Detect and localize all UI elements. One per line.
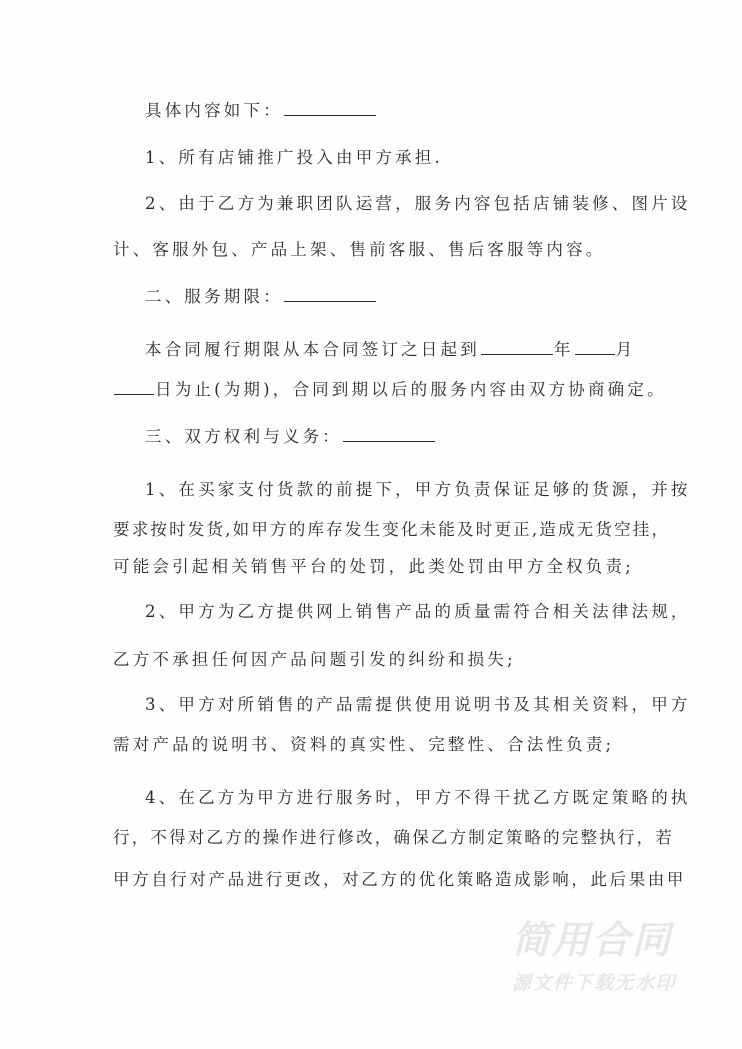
line-text: 1、在买家支付货款的前提下，甲方负责保证足够的货源，并按 [145, 480, 691, 499]
month-label: 月 [616, 340, 636, 359]
line-text: 计、客服外包、产品上架、售前客服、售后客服等内容。 [113, 240, 606, 259]
obligation-4-line-3: 甲方自行对产品进行更改，对乙方的优化策略造成影响，此后果由甲 [113, 868, 683, 892]
obligation-3-line-2: 需对产品的说明书、资料的真实性、完整性、合法性负责; [113, 733, 683, 757]
line-text: 3、甲方对所销售的产品需提供使用说明书及其相关资料，甲方 [145, 695, 691, 714]
line-text: 行，不得对乙方的操作进行修改，确保乙方制定策略的完整执行，若 [113, 828, 674, 847]
obligation-2-line-1: 2、甲方为乙方提供网上销售产品的质量需符合相关法律法规， [145, 600, 715, 624]
clause-2-line-2: 计、客服外包、产品上架、售前客服、售后客服等内容。 [113, 238, 683, 262]
section-heading-service-term: 二、服务期限： [145, 285, 715, 309]
obligation-2-line-2: 乙方不承担任何因产品问题引发的纠纷和损失; [113, 648, 683, 672]
year-label: 年 [554, 340, 574, 359]
line-text: 需对产品的说明书、资料的真实性、完整性、合法性负责; [113, 735, 614, 754]
obligation-1-line-3: 可能会引起相关销售平台的处罚，此类处罚由甲方全权负责; [113, 555, 683, 579]
line-text: 2、由于乙方为兼职团队运营，服务内容包括店铺装修、图片设 [145, 194, 691, 213]
line-text: 具体内容如下： [145, 101, 283, 120]
line-text: 要求按时发货,如甲方的库存发生变化未能及时更正,造成无货空挂， [113, 520, 670, 539]
watermark: 简用合同 源文件下载无水印 [512, 918, 702, 996]
line-text: 可能会引起相关销售平台的处罚，此类处罚由甲方全权负责; [113, 557, 634, 576]
fill-in-blank[interactable] [343, 426, 435, 442]
watermark-subtitle: 源文件下载无水印 [512, 970, 702, 996]
obligation-4-line-1: 4、在乙方为甲方进行服务时，甲方不得干扰乙方既定策略的执 [145, 786, 715, 810]
line-text: 4、在乙方为甲方进行服务时，甲方不得干扰乙方既定策略的执 [145, 788, 691, 807]
month-blank[interactable] [575, 339, 615, 355]
section-intro-line: 具体内容如下： [145, 99, 715, 123]
fill-in-blank[interactable] [284, 286, 376, 302]
section-heading-rights-obligations: 三、双方权利与义务： [145, 425, 715, 449]
year-blank[interactable] [481, 339, 553, 355]
day-blank[interactable] [114, 379, 154, 395]
line-text: 乙方不承担任何因产品问题引发的纠纷和损失; [113, 650, 516, 669]
clause-2-line-1: 2、由于乙方为兼职团队运营，服务内容包括店铺装修、图片设 [145, 192, 715, 216]
term-line-1: 本合同履行期限从本合同签订之日起到年月 [145, 338, 715, 362]
line-text: 甲方自行对产品进行更改，对乙方的优化策略造成影响，此后果由甲 [113, 870, 686, 889]
obligation-1-line-2: 要求按时发货,如甲方的库存发生变化未能及时更正,造成无货空挂， [113, 518, 683, 542]
clause-1-line: 1、所有店铺推广投入由甲方承担. [145, 146, 715, 170]
line-text: 2、甲方为乙方提供网上销售产品的质量需符合相关法律法规， [145, 602, 691, 621]
obligation-1-line-1: 1、在买家支付货款的前提下，甲方负责保证足够的货源，并按 [145, 478, 715, 502]
heading-text: 二、服务期限： [145, 287, 283, 306]
fill-in-blank[interactable] [284, 100, 376, 116]
line-text: 日为止(为期)，合同到期以后的服务内容由双方协商确定。 [155, 380, 667, 399]
heading-text: 三、双方权利与义务： [145, 427, 342, 446]
term-line-2: 日为止(为期)，合同到期以后的服务内容由双方协商确定。 [113, 378, 683, 402]
obligation-3-line-1: 3、甲方对所销售的产品需提供使用说明书及其相关资料，甲方 [145, 693, 715, 717]
obligation-4-line-2: 行，不得对乙方的操作进行修改，确保乙方制定策略的完整执行，若 [113, 826, 683, 850]
document-page: 具体内容如下： 1、所有店铺推广投入由甲方承担. 2、由于乙方为兼职团队运营，服… [0, 0, 742, 1049]
watermark-title: 简用合同 [512, 918, 702, 962]
line-text: 本合同履行期限从本合同签订之日起到 [145, 340, 480, 359]
line-text: 1、所有店铺推广投入由甲方承担. [145, 148, 443, 167]
